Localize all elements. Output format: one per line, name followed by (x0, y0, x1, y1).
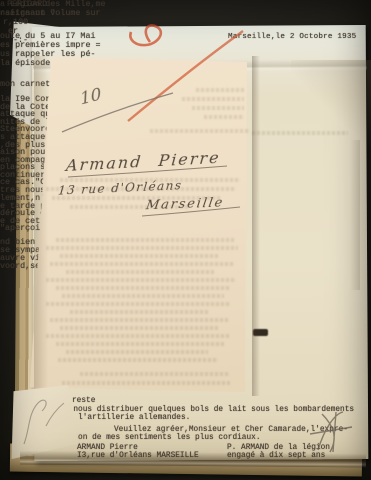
bleed-through-line (60, 254, 218, 258)
bleed-through-line (62, 381, 230, 385)
bleed-through-line (182, 97, 244, 101)
signature-note-right: engagé à dix sept ans (227, 452, 325, 460)
bleed-through-line (46, 278, 236, 282)
bleed-through-line (252, 131, 348, 135)
typed-line: es premières impre = (0, 41, 101, 49)
signature-name-left: ARMAND Pierre (77, 444, 138, 452)
bleed-through-line (60, 326, 218, 330)
bleed-through-line (46, 302, 230, 306)
bleed-through-line (196, 88, 244, 92)
bleed-through-line (66, 270, 214, 274)
closing-line: Veuillez agréer,Monsieur et Cher Camarad… (114, 426, 348, 434)
bleed-through-line (150, 129, 250, 133)
bleed-through-line (58, 358, 218, 362)
typed-line: a Légion des Mille,me (0, 0, 106, 8)
typed-line: de l'artillerie allemandes. (64, 414, 190, 422)
bleed-through-line (56, 286, 230, 290)
typed-line: us rappeler les pé- (0, 50, 96, 58)
date-line: Marseille,le 2 Octobre 1935 (228, 33, 356, 41)
bleed-through-line (62, 294, 224, 298)
signature-address-left: I3,rue d'Orléans MARSEILLE (77, 452, 199, 460)
typed-line-fragment: reste (72, 397, 95, 405)
typed-line: r,100 (3, 18, 28, 26)
bleed-through-line (50, 318, 228, 322)
bleed-through-line (80, 372, 230, 376)
bleed-through-line (56, 342, 224, 346)
bleed-through-line (192, 106, 244, 110)
bleed-through-line (66, 350, 208, 354)
typed-line: à nous distribuer quelques bols de lait … (64, 406, 354, 414)
closing-line: ssion de mes sentiments les plus cordiau… (64, 434, 261, 442)
ink-blot (253, 329, 268, 336)
typed-line: oute du 5 au I7 Mai (0, 32, 96, 40)
signature-name-right: P. ARMAND de la légion (227, 444, 330, 452)
bleed-through-line (70, 310, 208, 314)
bleed-through-line (204, 115, 244, 119)
scanned-letter-photo: Marseille,le 2 Octobre 1935 PERIGARDnsei… (0, 0, 371, 480)
bleed-through-line (46, 334, 230, 338)
handwritten-note-city: Marseille (145, 196, 225, 214)
bleed-through-line (56, 238, 234, 242)
bleed-through-line (50, 262, 234, 266)
typed-line: raîtra un volume sur (0, 9, 101, 17)
bleed-through-line (46, 246, 238, 250)
